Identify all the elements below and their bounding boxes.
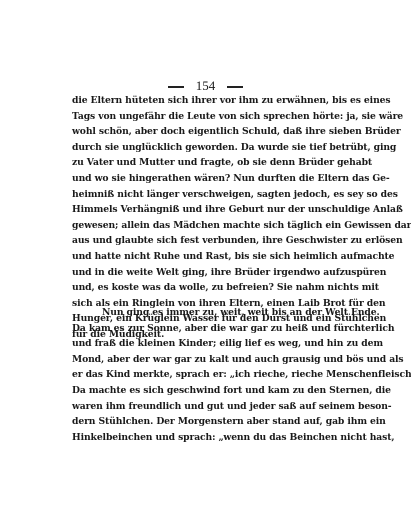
text-line: zu Vater und Mutter und fragte, ob sie d… <box>72 155 336 171</box>
text-line: und, es koste was da wolle, zu befreien?… <box>72 280 336 296</box>
paragraph-2: Nun ging es immer zu, weit, weit bis an … <box>72 305 336 445</box>
page-number: 154 <box>196 78 216 93</box>
text-line: waren ihm freundlich und gut und jeder s… <box>72 399 336 415</box>
text-line: Da machte es sich geschwind fort und kam… <box>72 383 336 399</box>
text-line: er das Kind merkte, sprach er: „ich riec… <box>72 367 336 383</box>
page-header: 154 <box>0 78 411 94</box>
text-line: durch sie unglücklich geworden. Da wurde… <box>72 140 336 156</box>
text-line: heimniß nicht länger verschweigen, sagte… <box>72 187 336 203</box>
text-line: Tags von ungefähr die Leute von sich spr… <box>72 109 336 125</box>
header-dash-left <box>168 86 184 88</box>
text-line: wohl schön, aber doch eigentlich Schuld,… <box>72 124 336 140</box>
text-line: und in die weite Welt ging, ihre Brüder … <box>72 265 336 281</box>
text-line: Hinkelbeinchen und sprach: „wenn du das … <box>72 430 336 446</box>
text-line: gewesen; allein das Mädchen machte sich … <box>72 218 336 234</box>
text-line: und hatte nicht Ruhe und Rast, bis sie s… <box>72 249 336 265</box>
text-line: die Eltern hüteten sich ihrer vor ihm zu… <box>72 93 336 109</box>
text-line: und fraß die kleinen Kinder; eilig lief … <box>72 336 336 352</box>
text-line: Himmels Verhängniß und ihre Geburt nur d… <box>72 202 336 218</box>
text-line: Nun ging es immer zu, weit, weit bis an … <box>72 305 336 321</box>
text-line: und wo sie hingerathen wären? Nun durfte… <box>72 171 336 187</box>
header-dash-right <box>227 86 243 88</box>
text-line: dern Stühlchen. Der Morgenstern aber sta… <box>72 414 336 430</box>
text-line: Da kam es zur Sonne, aber die war gar zu… <box>72 321 336 337</box>
text-line: aus und glaubte sich fest verbunden, ihr… <box>72 233 336 249</box>
text-line: Mond, aber der war gar zu kalt und auch … <box>72 352 336 368</box>
